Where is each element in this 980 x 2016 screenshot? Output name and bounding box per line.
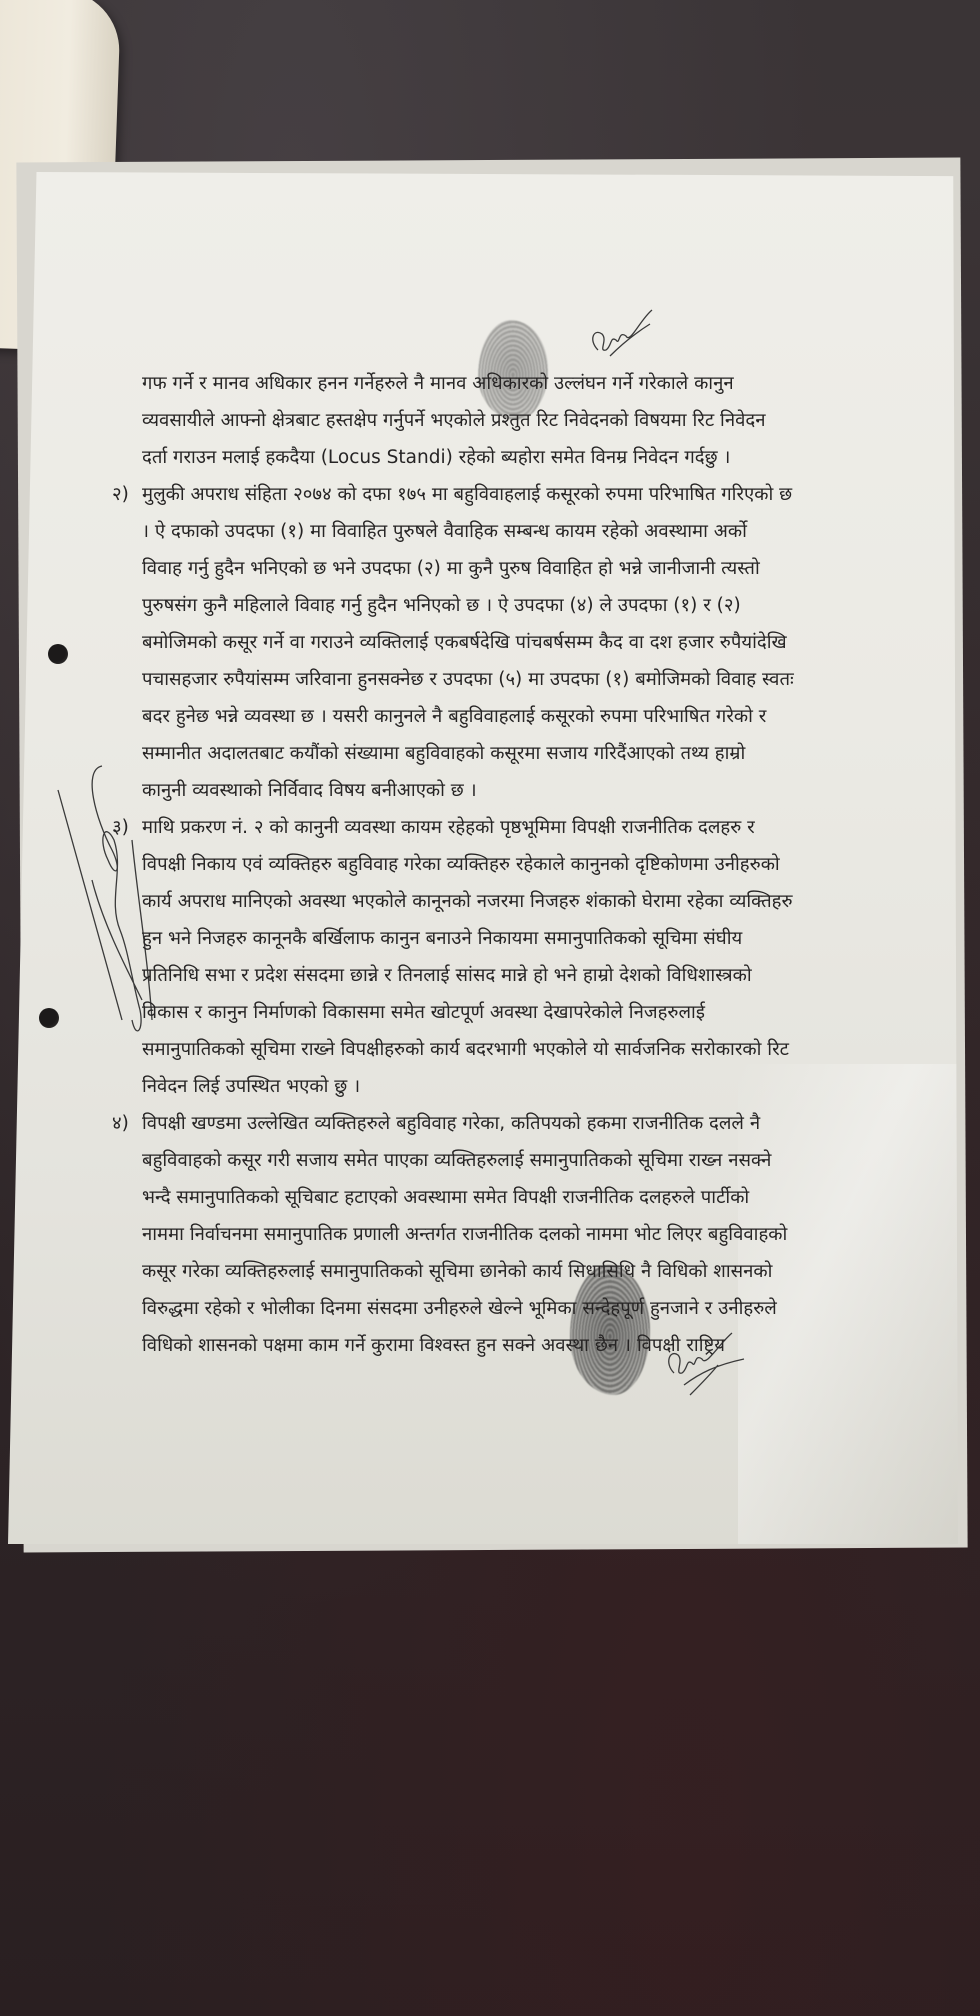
text-line: हुन भने निजहरु कानूनकै बर्खिलाफ कानुन बन… — [142, 928, 742, 949]
text-line: विपक्षी निकाय एवं व्यक्तिहरु बहुविवाह गर… — [142, 854, 780, 875]
text-line: विरुद्धमा रहेको र भोलीका दिनमा संसदमा उन… — [142, 1298, 777, 1319]
text-line: कसूर गरेका व्यक्तिहरुलाई समानुपातिकको सू… — [142, 1261, 772, 1282]
text-line: व्यवसायीले आफ्नो क्षेत्रबाट हस्तक्षेप गर… — [142, 410, 765, 431]
paragraph-number: २) — [112, 476, 129, 513]
text-line: । ऐ दफाको उपदफा (१) मा विवाहित पुरुषले व… — [142, 521, 747, 542]
text-line: पचासहजार रुपैयांसम्म जरिवाना हुनसक्नेछ र… — [142, 669, 794, 690]
text-line: गफ गर्ने र मानव अधिकार हनन गर्नेहरुले नै… — [142, 373, 734, 394]
paragraph-3: ३) माथि प्रकरण नं. २ को कानुनी व्यवस्था … — [142, 809, 934, 1105]
text-line: दर्ता गराउन मलाई हकदैया (Locus Standi) र… — [142, 447, 730, 468]
text-line: मुलुकी अपराध संहिता २०७४ को दफा १७५ मा ब… — [142, 484, 792, 505]
text-line: कार्य अपराध मानिएको अवस्था भएकोले कानूनक… — [142, 891, 793, 912]
text-line: समानुपातिकको सूचिमा राख्ने विपक्षीहरुको … — [142, 1039, 789, 1060]
text-line: निवेदन लिई उपस्थित भएको छु । — [142, 1076, 360, 1097]
text-line: बदर हुनेछ भन्ने व्यवस्था छ । यसरी कानुनल… — [142, 706, 766, 727]
text-line: भन्दै समानुपातिकको सूचिबाट हटाएको अवस्था… — [142, 1187, 749, 1208]
punch-hole-icon — [48, 644, 68, 664]
text-line: विपक्षी खण्डमा उल्लेखित व्यक्तिहरुले बहु… — [142, 1113, 760, 1134]
text-line: विधिको शासनको पक्षमा काम गर्ने कुरामा वि… — [142, 1335, 725, 1356]
text-line: विवाह गर्नु हुदैन भनिएको छ भने उपदफा (२)… — [142, 558, 760, 579]
text-line: बमोजिमको कसूर गर्ने वा गराउने व्यक्तिलाई… — [142, 632, 787, 653]
text-line: पुरुषसंग कुनै महिलाले विवाह गर्नु हुदैन … — [142, 595, 741, 616]
text-line: माथि प्रकरण नं. २ को कानुनी व्यवस्था काय… — [142, 817, 755, 838]
paragraph-4: ४) विपक्षी खण्डमा उल्लेखित व्यक्तिहरुले … — [142, 1105, 934, 1364]
paragraph-number: ४) — [112, 1105, 129, 1142]
text-line: विकास र कानुन निर्माणको विकासमा समेत खोट… — [142, 1002, 705, 1023]
text-line: सम्मानीत अदालतबाट कयौंको संख्यामा बहुविव… — [142, 743, 745, 764]
text-line: नाममा निर्वाचनमा समानुपातिक प्रणाली अन्त… — [142, 1224, 787, 1245]
text-line: कानुनी व्यवस्थाको निर्विवाद विषय बनीआएको… — [142, 780, 477, 801]
text-line: बहुविवाहको कसूर गरी सजाय समेत पाएका व्यक… — [142, 1150, 771, 1171]
text-line: प्रतिनिधि सभा र प्रदेश संसदमा छान्ने र त… — [142, 965, 752, 986]
paragraph-number: ३) — [112, 809, 129, 846]
paragraph-2: २) मुलुकी अपराध संहिता २०७४ को दफा १७५ म… — [142, 476, 934, 809]
paragraph-1: गफ गर्ने र मानव अधिकार हनन गर्नेहरुले नै… — [142, 365, 934, 476]
document-body: गफ गर्ने र मानव अधिकार हनन गर्नेहरुले नै… — [142, 365, 934, 1364]
